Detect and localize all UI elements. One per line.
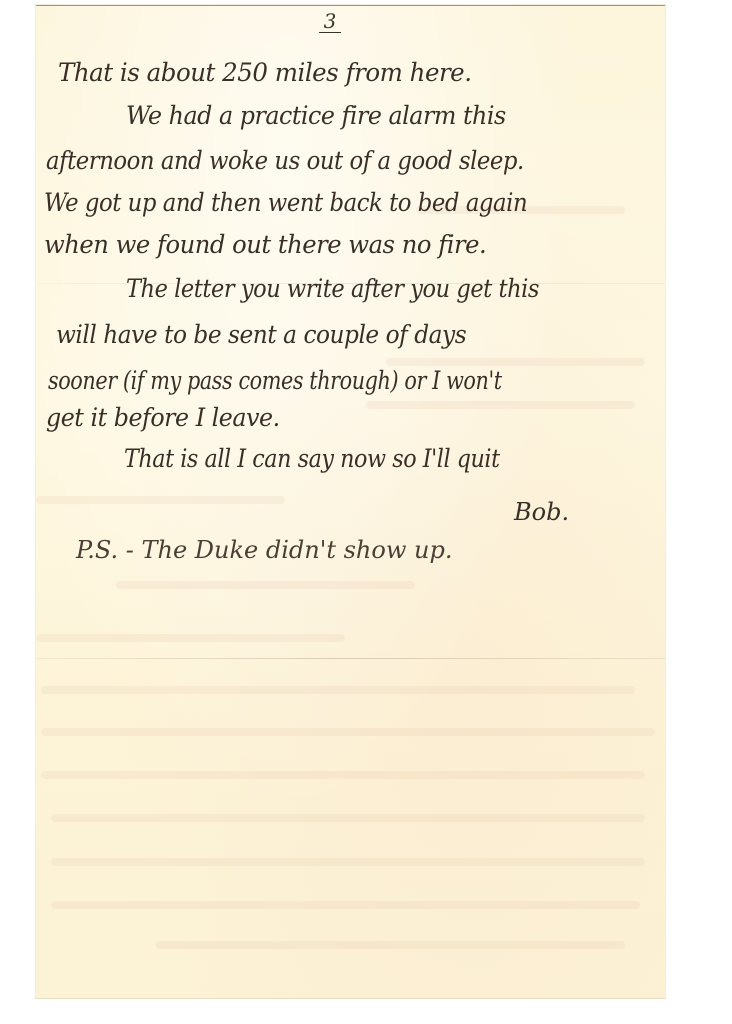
letter-line: get it before I leave.	[46, 403, 280, 432]
letter-line: afternoon and woke us out of a good slee…	[46, 146, 524, 175]
letter-line: The letter you write after you get this	[126, 274, 539, 303]
bleed-through-texture	[41, 771, 645, 779]
bleed-through-texture	[41, 728, 655, 736]
bleed-through-texture	[41, 686, 635, 694]
bleed-through-texture	[51, 814, 645, 822]
bleed-through-texture	[51, 858, 645, 866]
signature: Bob.	[514, 498, 569, 526]
letter-line: That is all I can say now so I'll quit	[124, 444, 500, 473]
letter-line: when we found out there was no fire.	[44, 230, 486, 259]
letter-line: We got up and then went back to bed agai…	[44, 188, 527, 217]
postscript: P.S. - The Duke didn't show up.	[76, 536, 452, 564]
letter-line: That is about 250 miles from here.	[58, 58, 471, 87]
bleed-through-texture	[156, 941, 625, 949]
bleed-through-texture	[386, 358, 645, 366]
letter-line: will have to be sent a couple of days	[56, 320, 466, 349]
bleed-through-texture	[36, 496, 285, 504]
page-number: 3	[319, 10, 341, 33]
letter-page: 3 That is about 250 miles from here. We …	[36, 5, 665, 998]
bleed-through-texture	[36, 634, 345, 642]
bleed-through-texture	[51, 901, 640, 909]
bleed-through-texture	[116, 581, 415, 589]
bleed-through-texture	[366, 401, 635, 409]
letter-line: sooner (if my pass comes through) or I w…	[48, 366, 502, 395]
letter-line: We had a practice fire alarm this	[126, 101, 506, 130]
paper-fold-line	[36, 658, 665, 659]
